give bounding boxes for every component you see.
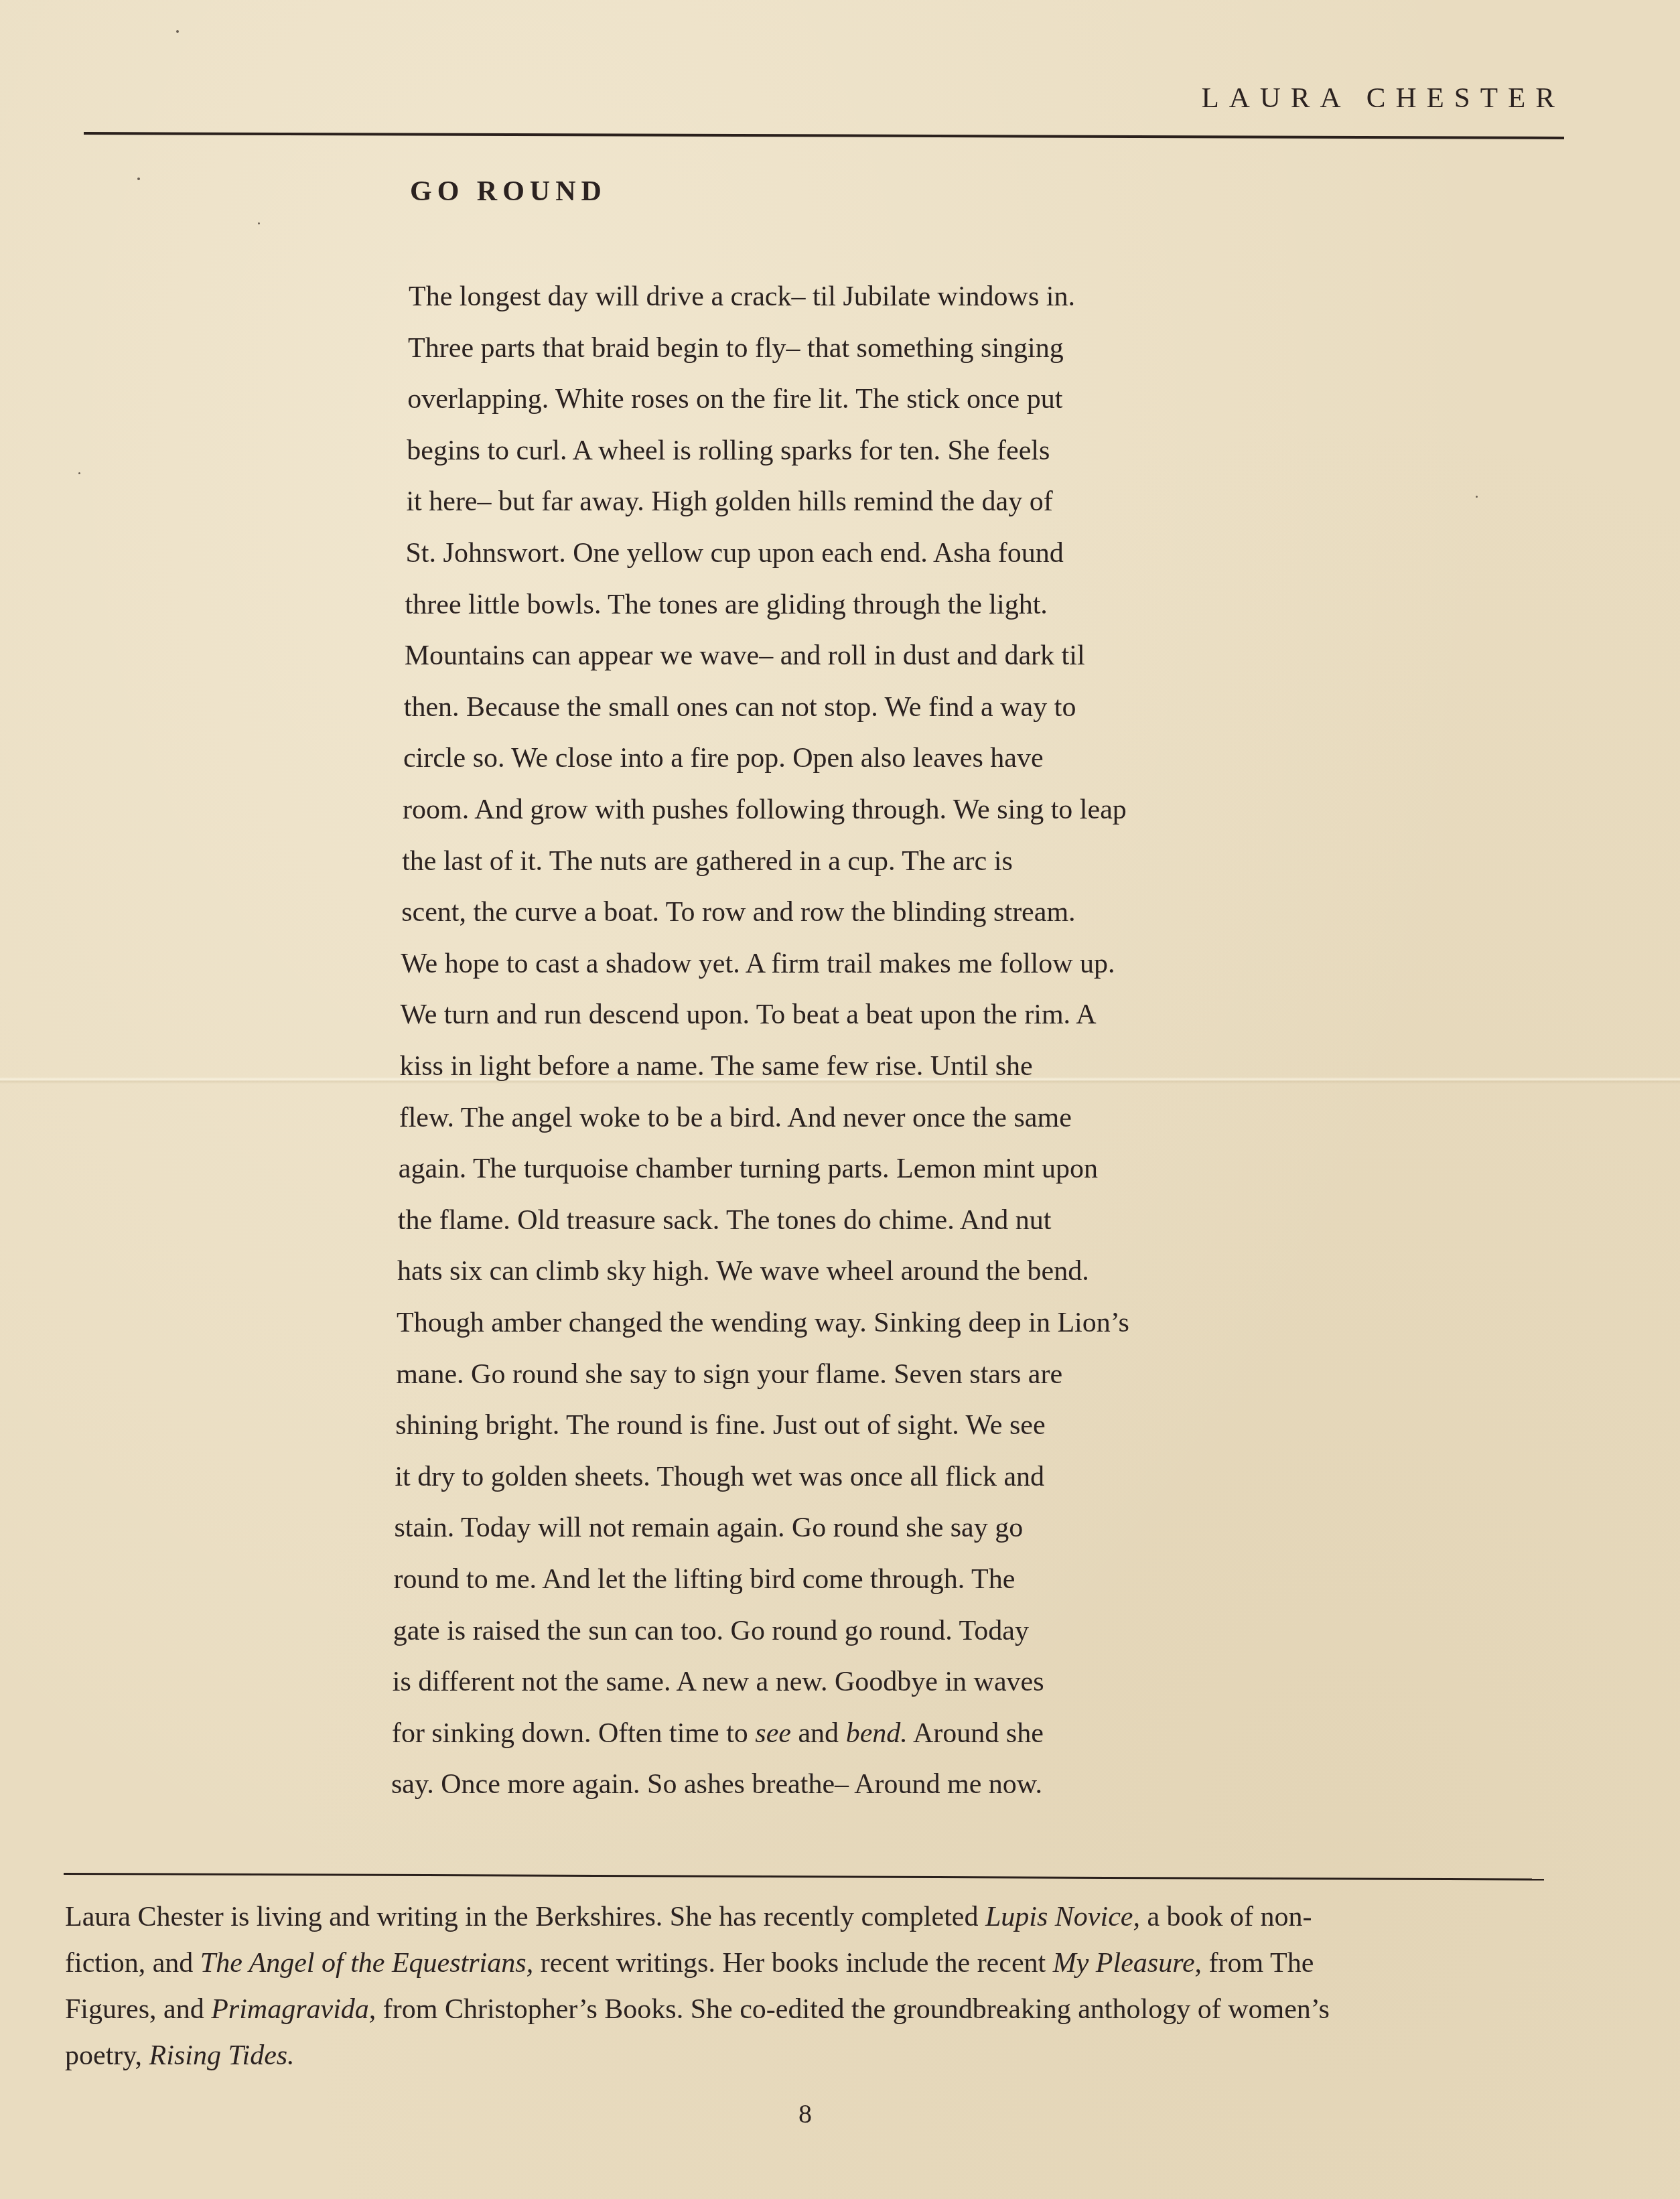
text-run: gate is raised the sun can too. Go round… (393, 1616, 1029, 1646)
italic-title: see (755, 1718, 791, 1749)
text-run: again. The turquoise chamber turning par… (399, 1153, 1098, 1184)
text-run: Mountains can appear we wave– and roll i… (405, 640, 1085, 671)
text-run: poetry, (65, 2040, 149, 2071)
text-run: Figures, and (65, 1994, 211, 2025)
poem-line: stain. Today will not remain again. Go r… (394, 1514, 1023, 1542)
document-page: LAURA CHESTER GO ROUND The longest day w… (0, 0, 1680, 2199)
poem-line: the last of it. The nuts are gathered in… (402, 847, 1013, 875)
text-run: room. And grow with pushes following thr… (403, 794, 1127, 825)
poem-line: for sinking down. Often time to see and … (392, 1719, 1044, 1748)
text-run: We hope to cast a shadow yet. A firm tra… (401, 948, 1115, 979)
text-run: from The (1202, 1948, 1314, 1979)
text-run: three little bowls. The tones are glidin… (405, 589, 1048, 620)
poem-line: Though amber changed the wending way. Si… (397, 1309, 1129, 1337)
paper-speck (137, 178, 140, 180)
poem-line: overlapping. White roses on the fire lit… (407, 385, 1062, 413)
text-run: fiction, and (65, 1948, 200, 1979)
text-run: mane. Go round she say to sign your flam… (396, 1359, 1062, 1390)
poem-line: it dry to golden sheets. Though wet was … (395, 1463, 1044, 1491)
text-run: a book of non- (1140, 1902, 1312, 1932)
header-rule (84, 132, 1564, 139)
text-run: Around she (908, 1718, 1044, 1749)
text-run: recent writings. Her books include the r… (533, 1948, 1053, 1979)
text-run: say. Once more again. So ashes breathe– … (391, 1769, 1042, 1800)
poem-line: gate is raised the sun can too. Go round… (393, 1617, 1029, 1645)
paper-speck (176, 30, 179, 33)
poem-line: then. Because the small ones can not sto… (404, 693, 1076, 721)
poem-line: flew. The angel woke to be a bird. And n… (399, 1104, 1072, 1132)
poem-line: it here– but far away. High golden hills… (406, 488, 1052, 516)
poem-line: Three parts that braid begin to fly– tha… (408, 334, 1064, 362)
text-run: St. Johnswort. One yellow cup upon each … (406, 538, 1064, 569)
italic-title: bend. (846, 1718, 908, 1749)
text-run: stain. Today will not remain again. Go r… (394, 1512, 1023, 1543)
text-run: the flame. Old treasure sack. The tones … (398, 1205, 1051, 1236)
poem-line: room. And grow with pushes following thr… (403, 796, 1127, 824)
text-run: Laura Chester is living and writing in t… (65, 1902, 985, 1932)
italic-title: My Pleasure, (1053, 1948, 1202, 1979)
bio-line: Figures, and Primagravida, from Christop… (65, 1987, 1559, 2033)
footer-rule (64, 1873, 1544, 1880)
text-run: flew. The angel woke to be a bird. And n… (399, 1103, 1072, 1133)
poem-line: mane. Go round she say to sign your flam… (396, 1360, 1062, 1389)
bio-line: poetry, Rising Tides. (65, 2033, 1559, 2079)
text-run: from Christopher’s Books. She co-edited … (376, 1994, 1330, 2025)
poem-line: begins to curl. A wheel is rolling spark… (407, 437, 1050, 465)
poem-line: We turn and run descend upon. To beat a … (400, 1001, 1096, 1029)
text-run: is different not the same. A new a new. … (393, 1666, 1044, 1697)
poem-line: Mountains can appear we wave– and roll i… (405, 642, 1085, 670)
italic-title: The Angel of the Equestrians, (200, 1948, 533, 1979)
text-run: scent, the curve a boat. To row and row … (401, 897, 1075, 928)
text-run: and (791, 1718, 846, 1749)
italic-title: Lupis Novice, (985, 1902, 1140, 1932)
text-run: for sinking down. Often time to (392, 1718, 755, 1749)
bio-line: fiction, and The Angel of the Equestrian… (65, 1940, 1559, 1987)
paper-speck (258, 222, 260, 224)
text-run: Though amber changed the wending way. Si… (397, 1307, 1129, 1338)
poem-line: We hope to cast a shadow yet. A firm tra… (401, 950, 1115, 978)
page-number: 8 (798, 2098, 812, 2129)
text-run: shining bright. The round is fine. Just … (395, 1410, 1045, 1441)
poem-line: hats six can climb sky high. We wave whe… (397, 1257, 1089, 1285)
italic-title: Primagravida, (211, 1994, 376, 2025)
poem-title: GO ROUND (410, 175, 607, 208)
paper-speck (1476, 496, 1478, 498)
author-bio: Laura Chester is living and writing in t… (65, 1894, 1559, 2079)
text-run: hats six can climb sky high. We wave whe… (397, 1256, 1089, 1287)
poem-line: round to me. And let the lifting bird co… (394, 1565, 1016, 1593)
poem-line: say. Once more again. So ashes breathe– … (391, 1770, 1042, 1798)
bio-line: Laura Chester is living and writing in t… (65, 1894, 1559, 1940)
text-run: round to me. And let the lifting bird co… (394, 1564, 1016, 1595)
text-run: Three parts that braid begin to fly– tha… (408, 333, 1064, 364)
poem-line: circle so. We close into a fire pop. Ope… (403, 744, 1044, 772)
poem-line: is different not the same. A new a new. … (393, 1668, 1044, 1696)
text-run: We turn and run descend upon. To beat a … (400, 999, 1096, 1030)
poem-line: again. The turquoise chamber turning par… (399, 1155, 1098, 1183)
poem-line: shining bright. The round is fine. Just … (395, 1411, 1045, 1439)
text-run: the last of it. The nuts are gathered in… (402, 846, 1013, 877)
poem-line: three little bowls. The tones are glidin… (405, 591, 1048, 619)
poem-line: The longest day will drive a crack– til … (409, 283, 1075, 311)
poem-line: St. Johnswort. One yellow cup upon each … (406, 539, 1064, 567)
italic-title: Rising Tides. (149, 2040, 295, 2071)
poem-line: the flame. Old treasure sack. The tones … (398, 1206, 1051, 1234)
text-run: circle so. We close into a fire pop. Ope… (403, 743, 1044, 774)
text-run: The longest day will drive a crack– til … (409, 281, 1075, 312)
text-run: begins to curl. A wheel is rolling spark… (407, 435, 1050, 466)
poem-line: kiss in light before a name. The same fe… (400, 1052, 1033, 1080)
text-run: it here– but far away. High golden hills… (406, 486, 1052, 517)
running-head-author: LAURA CHESTER (1201, 82, 1565, 115)
text-run: kiss in light before a name. The same fe… (400, 1051, 1033, 1082)
poem-line: scent, the curve a boat. To row and row … (401, 898, 1075, 926)
text-run: then. Because the small ones can not sto… (404, 692, 1076, 723)
paper-speck (78, 472, 80, 474)
text-run: overlapping. White roses on the fire lit… (407, 384, 1062, 415)
text-run: it dry to golden sheets. Though wet was … (395, 1462, 1044, 1492)
